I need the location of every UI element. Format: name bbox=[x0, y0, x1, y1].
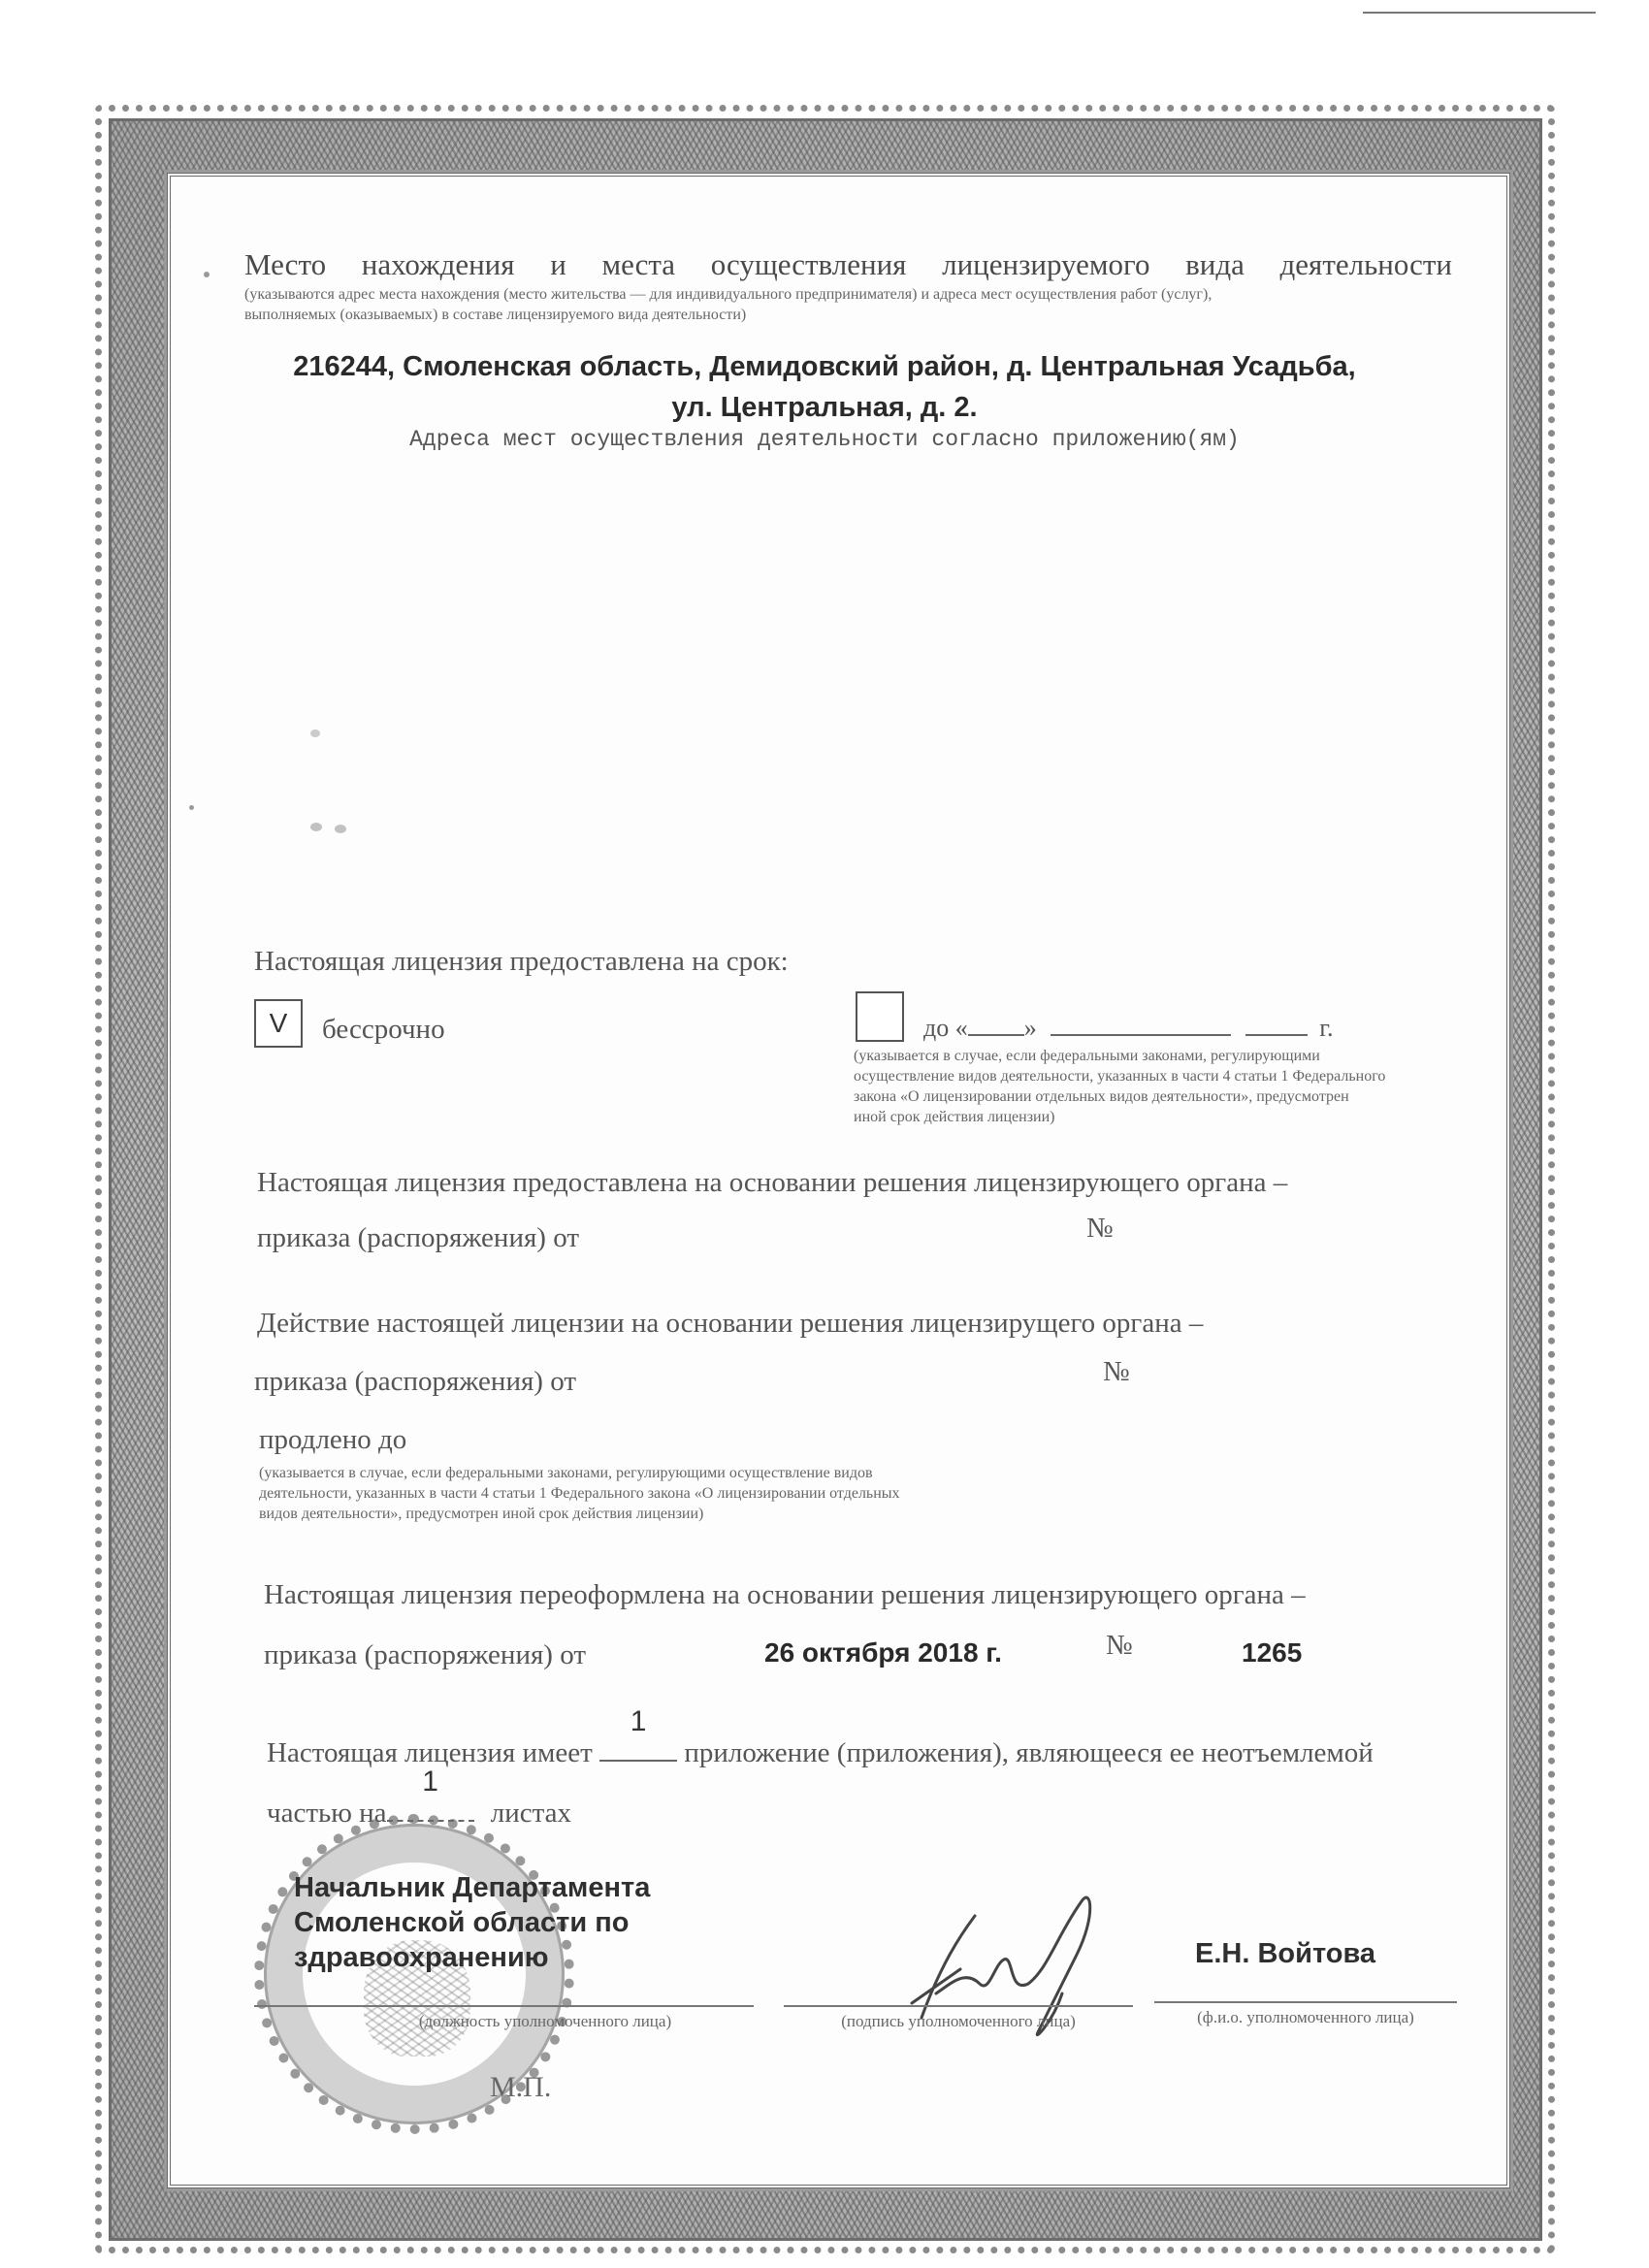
location-note-line-2: выполняемых (оказываемых) в составе лице… bbox=[244, 305, 1457, 325]
reissued-order-date: 26 октября 2018 г. bbox=[764, 1637, 1002, 1669]
term-until-note-line: иной срок действия лицензии) bbox=[854, 1107, 1474, 1127]
granted-number-sign: № bbox=[1086, 1213, 1114, 1245]
term-until-suffix: г. bbox=[1319, 1014, 1333, 1042]
name-signature-line bbox=[1154, 2001, 1457, 2003]
scan-speck bbox=[189, 805, 194, 810]
reissued-order-number: 1265 bbox=[1242, 1637, 1302, 1669]
name-caption: (ф.и.о. уполномоченного лица) bbox=[1154, 2008, 1457, 2027]
granted-basis-line: Настоящая лицензия предоставлена на осно… bbox=[257, 1167, 1287, 1199]
signer-position: Начальник Департамента Смоленской област… bbox=[294, 1870, 650, 1975]
signer-position-line-2: Смоленской области по bbox=[294, 1905, 650, 1940]
extended-note-line: видов деятельности», предусмотрен иной с… bbox=[259, 1504, 1093, 1524]
extended-order-label: приказа (распоряжения) от bbox=[254, 1366, 576, 1398]
address-appendix-note: Адреса мест осуществления деятельности с… bbox=[175, 427, 1474, 452]
scan-speck bbox=[335, 825, 346, 833]
granted-order-label: приказа (распоряжения) от bbox=[257, 1222, 579, 1254]
appendix-text-before: Настоящая лицензия имеет bbox=[267, 1737, 593, 1768]
term-until-month-field[interactable] bbox=[1051, 1009, 1231, 1036]
term-until-quote-close: » bbox=[1024, 1014, 1037, 1042]
scan-speck bbox=[204, 272, 210, 277]
term-until-note-line: закона «О лицензировании отдельных видов… bbox=[854, 1086, 1474, 1107]
address-line-1: 216244, Смоленская область, Демидовский … bbox=[175, 351, 1474, 383]
term-until-note-line: (указывается в случае, если федеральными… bbox=[854, 1046, 1474, 1066]
reissued-basis-line: Настоящая лицензия переоформлена на осно… bbox=[264, 1579, 1306, 1611]
term-label: Настоящая лицензия предоставлена на срок… bbox=[254, 946, 789, 978]
term-until-field: до «» г. bbox=[923, 1009, 1333, 1043]
location-heading-note: (указываются адрес места нахождения (мес… bbox=[244, 284, 1457, 325]
appendix-sheets-after: листах bbox=[491, 1798, 571, 1829]
extended-note-line: (указывается в случае, если федеральными… bbox=[259, 1463, 1093, 1483]
appendix-count-field: 1 bbox=[599, 1734, 677, 1762]
term-until-day-field[interactable] bbox=[968, 1009, 1024, 1036]
term-until-prefix: до « bbox=[923, 1014, 968, 1042]
appendix-count-value: 1 bbox=[599, 1705, 677, 1738]
scan-speck bbox=[310, 823, 322, 831]
seal-place-label: М.П. bbox=[490, 2071, 551, 2104]
extended-note: (указывается в случае, если федеральными… bbox=[259, 1463, 1093, 1524]
scan-speck bbox=[310, 729, 320, 737]
term-until-year-field[interactable] bbox=[1245, 1009, 1308, 1036]
signature-line bbox=[784, 2005, 1133, 2007]
extended-number-sign: № bbox=[1103, 1356, 1130, 1388]
appendix-line: Настоящая лицензия имеет 1 приложение (п… bbox=[267, 1734, 1374, 1769]
signer-name: Е.Н. Войтова bbox=[1195, 1938, 1375, 1970]
location-note-line-1: (указываются адрес места нахождения (мес… bbox=[244, 284, 1457, 305]
location-heading: Место нахождения и места осуществления л… bbox=[244, 247, 1452, 282]
term-indefinite-label: бессрочно bbox=[322, 1014, 445, 1046]
term-until-note-line: осуществление видов деятельности, указан… bbox=[854, 1066, 1474, 1086]
signature-caption: (подпись уполномоченного лица) bbox=[784, 2012, 1133, 2031]
reissued-number-sign: № bbox=[1106, 1630, 1133, 1662]
extended-note-line: деятельности, указанных в части 4 статьи… bbox=[259, 1483, 1093, 1504]
reissued-order-label: приказа (распоряжения) от bbox=[264, 1639, 586, 1671]
term-until-note: (указывается в случае, если федеральными… bbox=[854, 1046, 1474, 1127]
position-caption: (должность уполномоченного лица) bbox=[254, 2012, 836, 2031]
extended-until-label: продлено до bbox=[259, 1424, 406, 1456]
appendix-text-after: приложение (приложения), являющееся ее н… bbox=[684, 1737, 1373, 1768]
check-mark-icon: V bbox=[270, 1008, 288, 1039]
position-signature-line bbox=[254, 2005, 754, 2007]
extended-basis-line: Действие настоящей лицензии на основании… bbox=[257, 1308, 1203, 1340]
appendix-sheets-value: 1 bbox=[387, 1766, 474, 1798]
scan-edge-line bbox=[1363, 12, 1596, 14]
term-indefinite-checkbox[interactable]: V bbox=[254, 999, 303, 1048]
signer-position-line-3: здравоохранению bbox=[294, 1940, 650, 1975]
signer-position-line-1: Начальник Департамента bbox=[294, 1870, 650, 1905]
address-line-2: ул. Центральная, д. 2. bbox=[175, 392, 1474, 424]
term-until-checkbox[interactable] bbox=[856, 991, 904, 1042]
